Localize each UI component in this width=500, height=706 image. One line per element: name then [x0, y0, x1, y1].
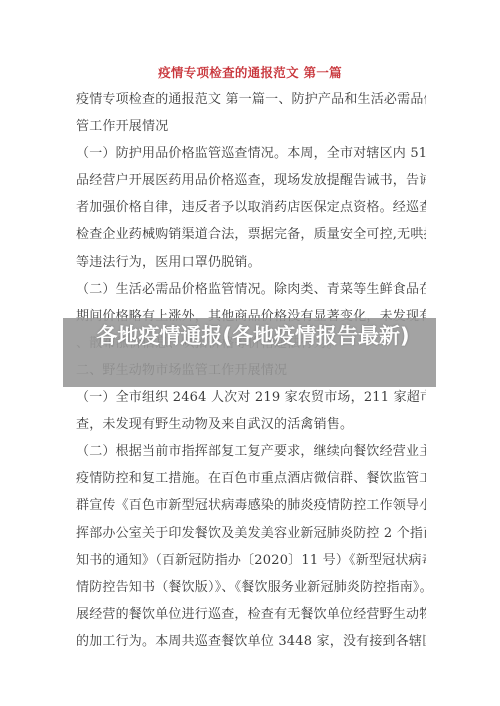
body-line: 管工作开展情况 — [76, 113, 426, 140]
body-line: 疫情防控和复工措施。在百色市重点酒店微信群、餐饮监管工作 QQ — [76, 465, 426, 492]
title-overlay-banner: 各地疫情通报(各地疫情报告最新) — [63, 318, 436, 387]
body-line: （一）全市组织 2464 人次对 219 家农贸市场，211 家超市进行检 — [76, 384, 426, 411]
body-line: 的加工行为。本周共巡查餐饮单位 3448 家，没有接到各辖区餐饮单 — [76, 628, 426, 655]
body-line: （二）根据当前市指挥部复工复产要求，继续向餐饮经营业主宣传 — [76, 438, 426, 465]
body-line: 知书的通知》（百新冠防指办〔2020〕11 号）《新型冠状病毒肺炎疫 — [76, 547, 426, 574]
overlay-title: 各地疫情通报(各地疫情报告最新) — [73, 323, 433, 350]
body-line: 展经营的餐饮单位进行巡查，检查有无餐饮单位经营野生动物活体 — [76, 601, 426, 628]
body-line: 等违法行为，医用口罩仍脱销。 — [76, 249, 426, 276]
body-line: 检查企业药械购销渠道合法，票据完备，质量安全可控,无哄抬物价 — [76, 221, 426, 248]
document-title: 疫情专项检查的通报范文 第一篇 — [0, 63, 500, 81]
body-line: 者加强价格自律，违反者予以取消药店医保定点资格。经巡查，所 — [76, 194, 426, 221]
body-line: （二）生活必需品价格监管情况。除肉类、青菜等生鲜食品在疫情 — [76, 276, 426, 303]
document-page: 疫情专项检查的通报范文 第一篇 疫情专项检查的通报范文 第一篇一、防护产品和生活… — [0, 0, 500, 706]
body-line: （一）防护用品价格监管巡查情况。本周，全市对辖区内 518 个药 — [76, 140, 426, 167]
body-line: 查，未发现有野生动物及来自武汉的活禽销售。 — [76, 411, 426, 438]
body-line: 情防控告知书（餐饮版）》、《餐饮服务业新冠肺炎防控指南》。对开 — [76, 574, 426, 601]
body-line: 挥部办公室关于印发餐饮及美发美容业新冠肺炎防控 2 个指南及告 — [76, 520, 426, 547]
body-line: 品经营户开展医药用品价格巡查，现场发放提醒告诫书，告诫经营 — [76, 167, 426, 194]
body-line: 疫情专项检查的通报范文 第一篇一、防护产品和生活必需品价格监 — [76, 86, 426, 113]
body-line: 群宣传《百色市新型冠状病毒感染的肺炎疫情防控工作领导小组指 — [76, 492, 426, 519]
